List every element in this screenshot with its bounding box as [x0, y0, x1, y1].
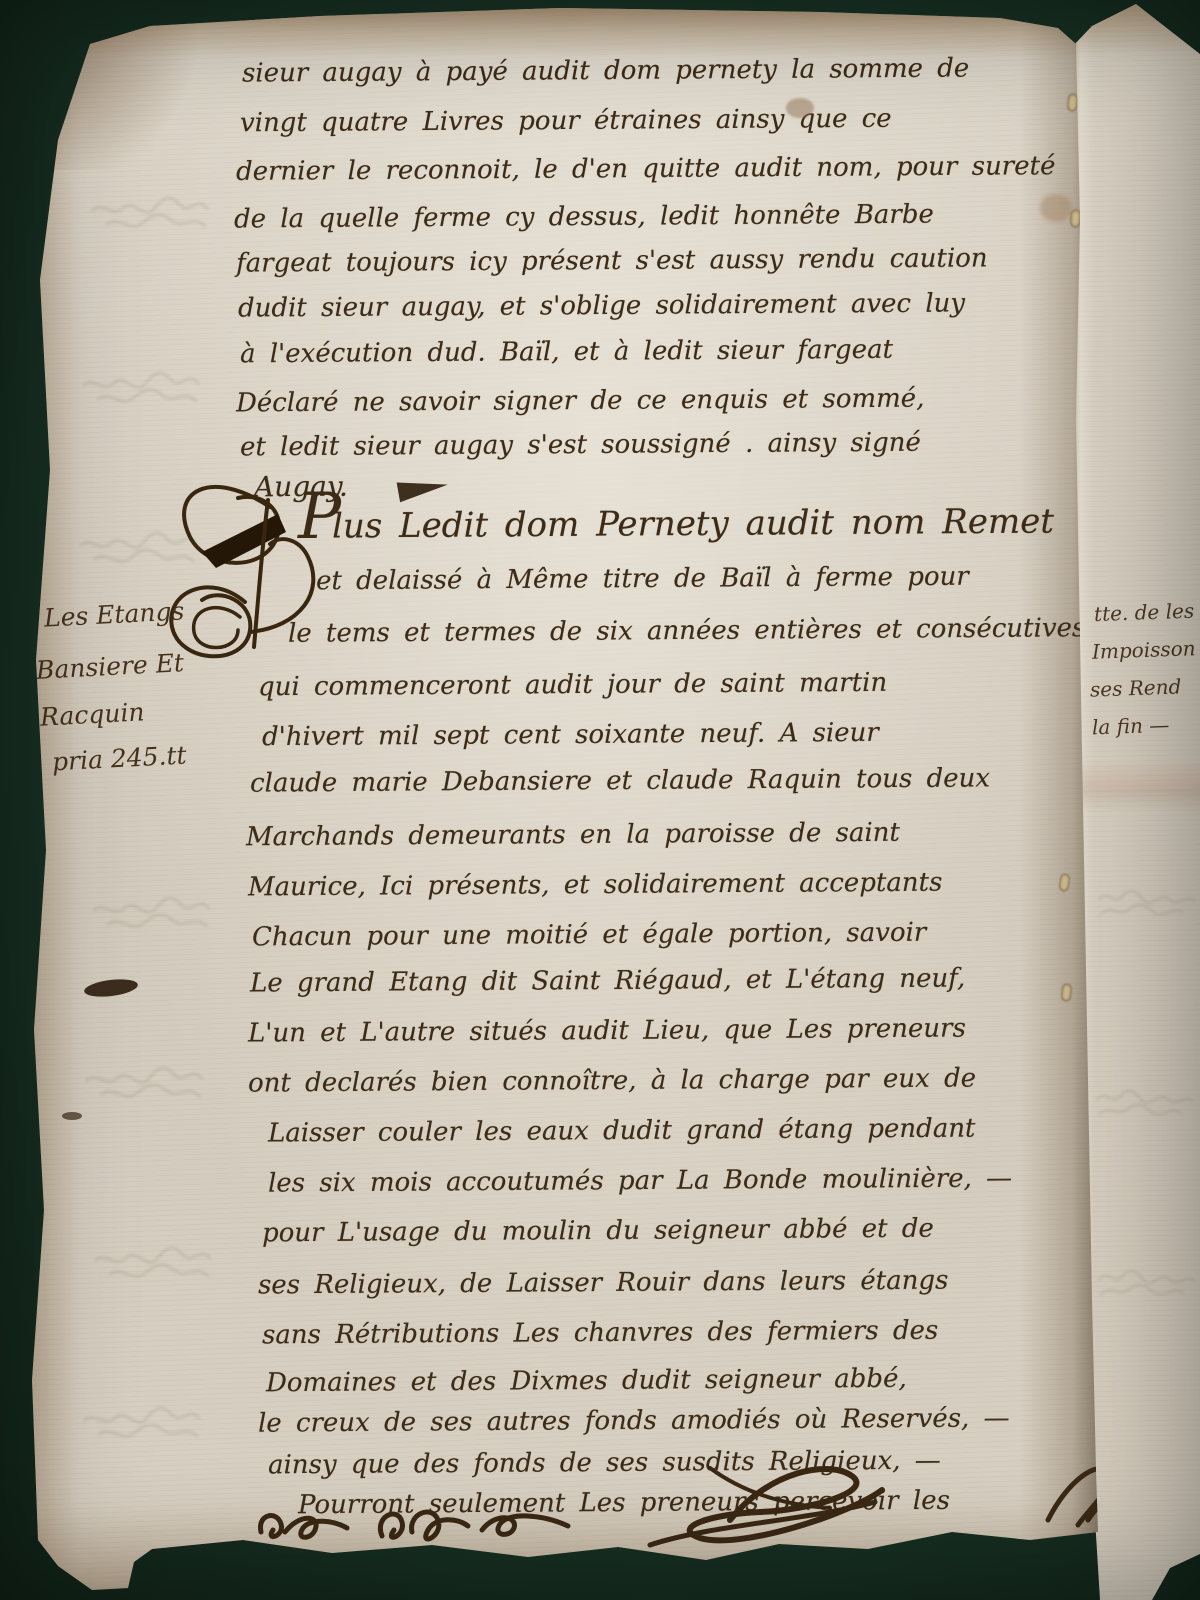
- manuscript-line: Laisser couler les eaux dudit grand étan…: [268, 1114, 976, 1149]
- toasted-edge-left: [0, 0, 80, 1600]
- paraph-flourish: [255, 1502, 355, 1550]
- margin-note-line: la fin —: [1092, 713, 1170, 740]
- margin-note-line: pria 245.tt: [51, 740, 187, 776]
- bleedthrough-mark: [66, 190, 236, 240]
- margin-note-line: Racquin: [39, 697, 145, 731]
- manuscript-line: sans Rétributions Les chanvres des fermi…: [262, 1316, 938, 1351]
- bleedthrough-mark: [1096, 1260, 1196, 1310]
- manuscript-line: le creux de ses autres fonds amodiés où …: [258, 1403, 1010, 1438]
- manuscript-line: dudit sieur augay, et s'oblige solidaire…: [238, 288, 965, 323]
- ink-flourish-triangle: [397, 474, 450, 502]
- bleedthrough-mark: [58, 1060, 233, 1110]
- ink-blot: [83, 977, 139, 999]
- manuscript-line: dernier le reconnoit, le d'en quitte aud…: [236, 151, 1056, 187]
- margin-note-line: Impoisson: [1092, 636, 1196, 664]
- manuscript-line: pour L'usage du moulin du seigneur abbé …: [262, 1214, 934, 1249]
- bleedthrough-mark: [70, 890, 235, 940]
- manuscript-page: sieur augay à payé audit dom pernety la …: [0, 0, 1200, 1600]
- margin-note-line: ses Rend: [1090, 674, 1182, 701]
- ink-stain: [786, 98, 814, 118]
- margin-note-line: tte. de les d: [1094, 598, 1200, 626]
- manuscript-line: Déclaré ne savoir signer de ce enquis et…: [236, 384, 925, 419]
- manuscript-line: sieur augay à payé audit dom pernety la …: [242, 53, 969, 88]
- manuscript-line: lus Ledit dom Pernety audit nom Remet: [332, 501, 1054, 546]
- toasted-corner: [0, 0, 220, 170]
- manuscript-line: Le grand Etang dit Saint Riégaud, et L'é…: [250, 964, 965, 999]
- paraph-flourish: [372, 1496, 582, 1558]
- manuscript-line: à l'exécution dud. Baïl, et à ledit sieu…: [240, 335, 893, 370]
- ink-stain: [1040, 194, 1072, 222]
- manuscript-line: et delaissé à Même titre de Baïl à ferme…: [316, 562, 969, 597]
- manuscript-line: d'hivert mil sept cent soixante neuf. A …: [262, 718, 879, 752]
- manuscript-line: ont declarés bien connoître, à la charge…: [248, 1063, 976, 1098]
- manuscript-line: le tems et termes de six années entières…: [288, 613, 1086, 649]
- manuscript-line: les six mois accoutumés par La Bonde mou…: [268, 1163, 1012, 1198]
- manuscript-line: Domaines et des Dixmes dudit seigneur ab…: [266, 1364, 907, 1398]
- manuscript-line: claude marie Debansiere et claude Raquin…: [250, 763, 990, 798]
- manuscript-photo: tte. de les dImpoissonses Rendla fin — s…: [0, 0, 1200, 1600]
- ink-blot: [62, 1112, 82, 1120]
- manuscript-line: ses Religieux, de Laisser Rouir dans leu…: [258, 1266, 949, 1301]
- manuscript-line: Marchands demeurants en la paroisse de s…: [246, 818, 900, 853]
- toasted-edge-right-leaf: [1056, 0, 1200, 56]
- bleedthrough-mark: [64, 1240, 244, 1290]
- manuscript-line: fargeat toujours icy présent s'est aussy…: [236, 243, 988, 278]
- manuscript-line: Maurice, Ici présents, et solidairement …: [248, 868, 943, 903]
- manuscript-line: Chacun pour une moitié et égale portion,…: [252, 918, 927, 953]
- binding-stitch: [1070, 210, 1080, 228]
- bleedthrough-mark: [1094, 1080, 1194, 1130]
- manuscript-line: de la quelle ferme cy dessus, ledit honn…: [234, 200, 934, 235]
- paraph-flourish: [590, 1450, 890, 1555]
- bleedthrough-mark: [62, 365, 222, 415]
- drop-cap-letter: P: [298, 480, 341, 554]
- bleedthrough-mark: [68, 1400, 218, 1450]
- bleedthrough-mark: [1096, 880, 1196, 930]
- manuscript-line: L'un et L'autre situés audit Lieu, que L…: [248, 1013, 966, 1048]
